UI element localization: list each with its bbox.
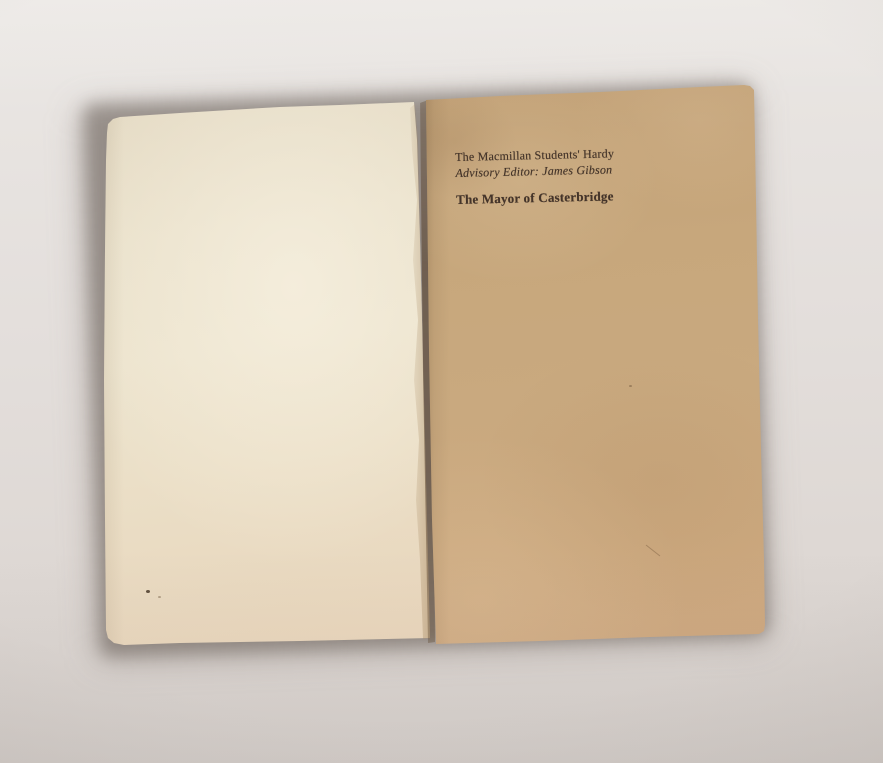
left-page: [104, 101, 431, 646]
advisory-editor-text: Advisory Editor: James Gibson: [455, 162, 614, 180]
title-block: The Macmillan Students' Hardy Advisory E…: [455, 146, 615, 207]
right-page: The Macmillan Students' Hardy Advisory E…: [424, 82, 768, 646]
book-title-text: The Mayor of Casterbridge: [456, 188, 615, 207]
series-title-text: The Macmillan Students' Hardy: [455, 146, 614, 164]
dust-speck: [629, 385, 632, 387]
photo-background: The Macmillan Students' Hardy Advisory E…: [0, 0, 883, 763]
dust-speck: [158, 596, 161, 598]
dust-speck: [146, 590, 150, 593]
